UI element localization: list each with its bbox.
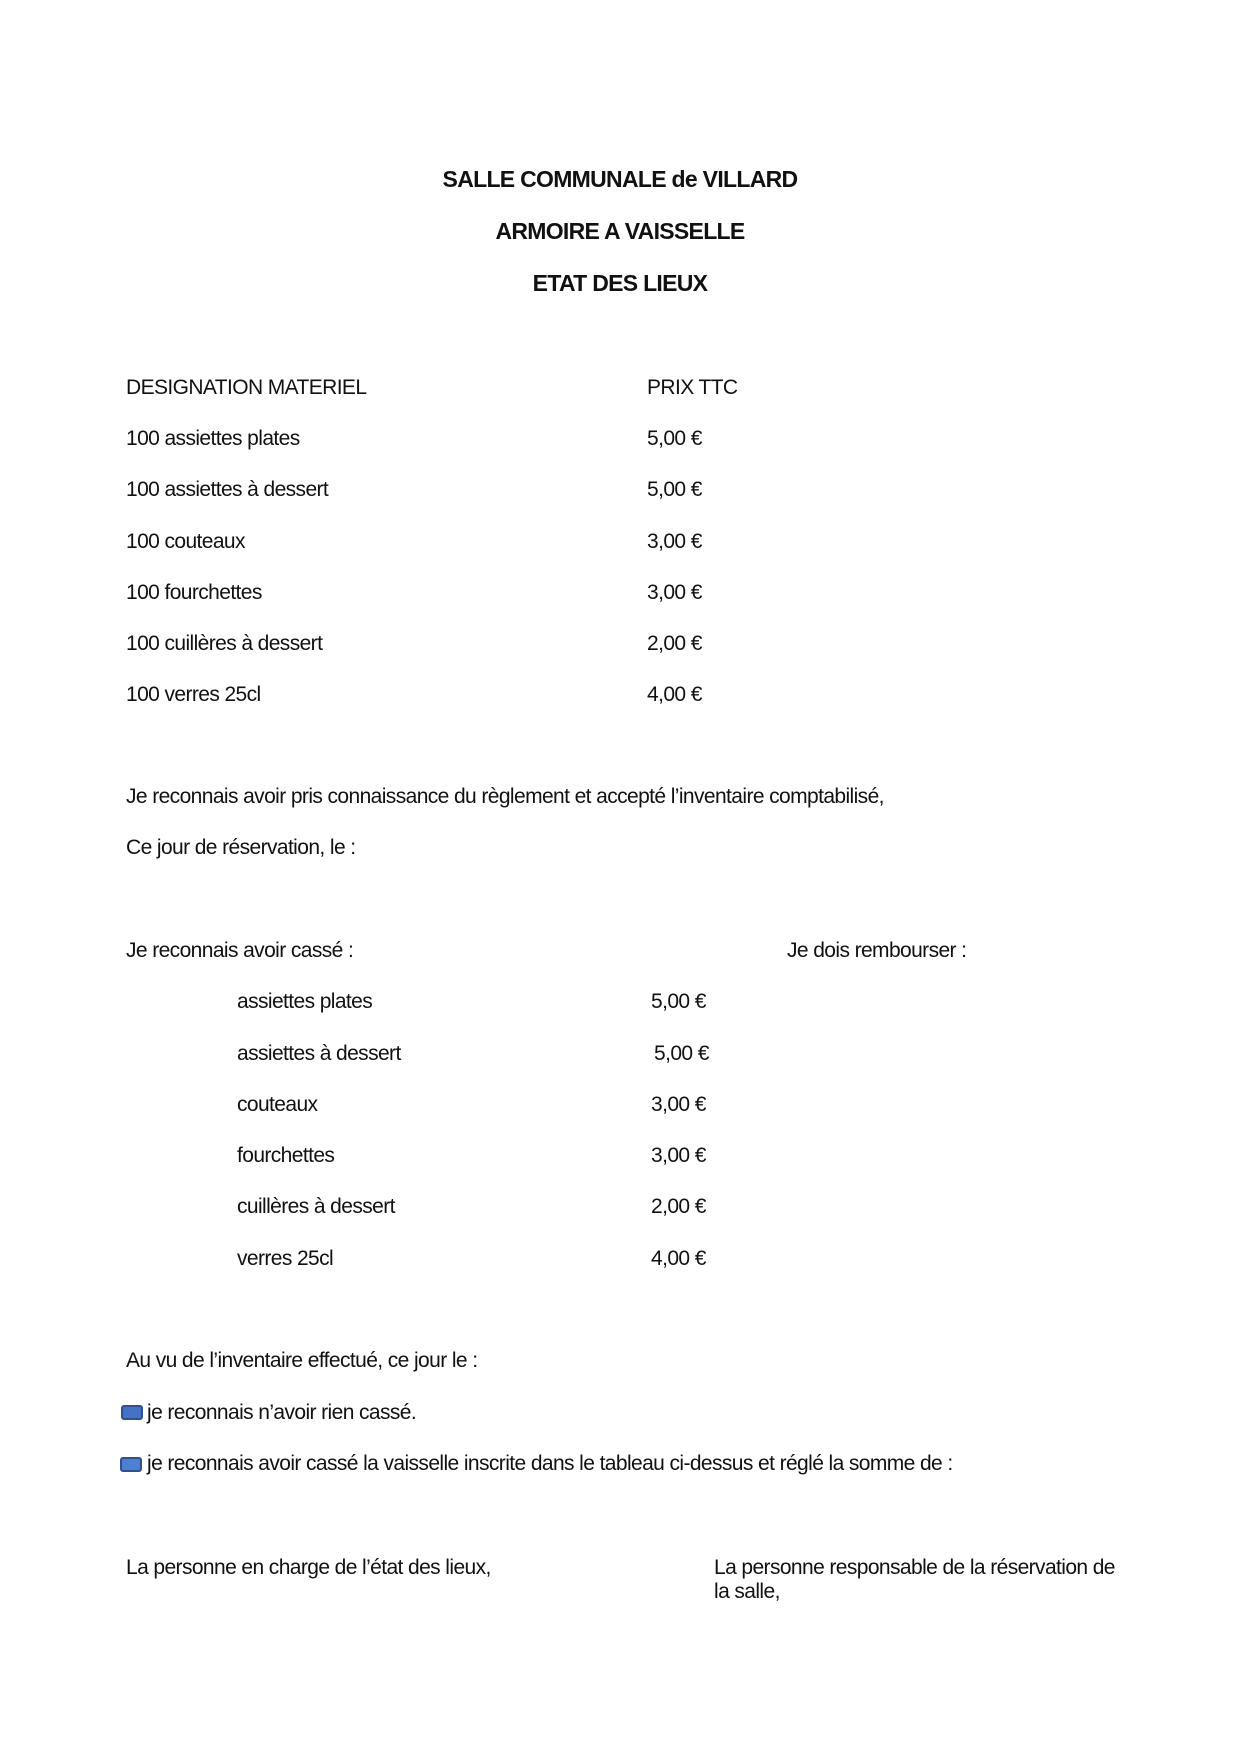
broken-item-price: 4,00 €	[651, 1248, 706, 1269]
item-price: 2,00 €	[647, 633, 702, 654]
broken-item-name: verres 25cl	[237, 1248, 333, 1269]
checkbox-nothing-broken[interactable]	[121, 1405, 143, 1420]
broken-item-price: 3,00 €	[651, 1094, 706, 1115]
item-designation: 100 fourchettes	[126, 582, 262, 603]
document-subtitle: ARMOIRE A VAISSELLE	[0, 220, 1240, 243]
broken-item-price: 2,00 €	[651, 1196, 706, 1217]
column-header-price: PRIX TTC	[647, 377, 738, 398]
broken-item-price: 5,00 €	[654, 1043, 709, 1064]
document-heading: ETAT DES LIEUX	[0, 272, 1240, 295]
item-designation: 100 cuillères à dessert	[126, 633, 322, 654]
option-nothing-broken-label: je reconnais n’avoir rien cassé.	[147, 1402, 416, 1423]
broken-items-label: Je reconnais avoir cassé :	[126, 940, 353, 961]
item-designation: 100 verres 25cl	[126, 684, 261, 705]
item-price: 3,00 €	[647, 582, 702, 603]
checkbox-items-broken[interactable]	[120, 1457, 142, 1472]
item-designation: 100 assiettes à dessert	[126, 479, 328, 500]
item-price: 5,00 €	[647, 479, 702, 500]
signature-inspector-label: La personne en charge de l’état des lieu…	[126, 1557, 491, 1578]
item-designation: 100 assiettes plates	[126, 428, 300, 449]
acknowledgement-text: Je reconnais avoir pris connaissance du …	[126, 786, 884, 807]
signature-renter-label-line2: la salle,	[714, 1581, 780, 1602]
broken-item-name: fourchettes	[237, 1145, 334, 1166]
broken-item-name: couteaux	[237, 1094, 317, 1115]
refund-label: Je dois rembourser :	[787, 940, 966, 961]
broken-item-price: 3,00 €	[651, 1145, 706, 1166]
option-items-broken-label: je reconnais avoir cassé la vaisselle in…	[147, 1453, 953, 1474]
document-title: SALLE COMMUNALE de VILLARD	[0, 168, 1240, 191]
broken-item-price: 5,00 €	[651, 991, 706, 1012]
inspection-intro: Au vu de l’inventaire effectué, ce jour …	[126, 1350, 477, 1371]
item-price: 4,00 €	[647, 684, 702, 705]
broken-item-name: cuillères à dessert	[237, 1196, 395, 1217]
reservation-date-label: Ce jour de réservation, le :	[126, 837, 356, 858]
signature-renter-label-line1: La personne responsable de la réservatio…	[714, 1557, 1115, 1578]
item-designation: 100 couteaux	[126, 531, 245, 552]
item-price: 3,00 €	[647, 531, 702, 552]
column-header-designation: DESIGNATION MATERIEL	[126, 377, 366, 398]
item-price: 5,00 €	[647, 428, 702, 449]
broken-item-name: assiettes plates	[237, 991, 372, 1012]
broken-item-name: assiettes à dessert	[237, 1043, 401, 1064]
